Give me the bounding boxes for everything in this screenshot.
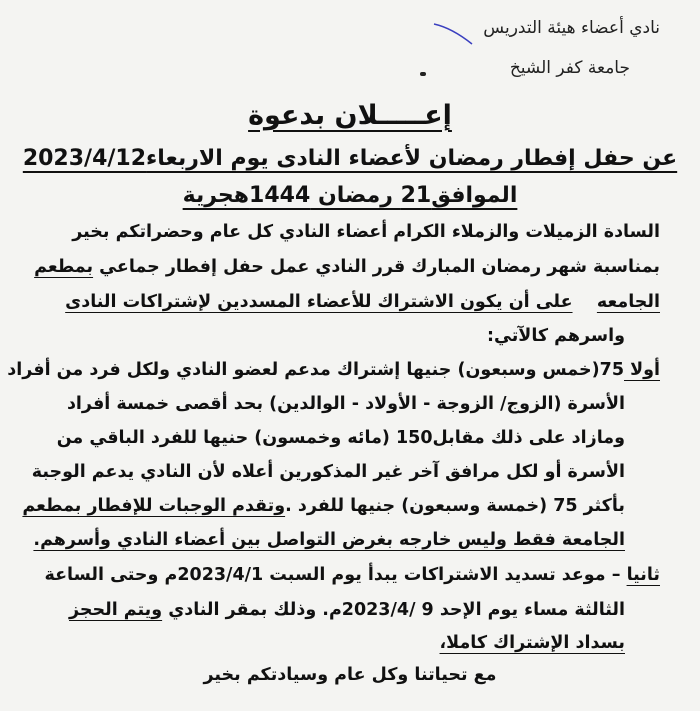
underlined-text: ويتم الحجز bbox=[69, 600, 162, 620]
title-text: إعـــــلان بدعوة bbox=[248, 100, 452, 131]
clause-label: ثانيا bbox=[627, 565, 660, 585]
paragraph-line: بمناسبة شهر رمضان المبارك قرر النادي عمل… bbox=[34, 257, 660, 277]
ink-dot bbox=[420, 72, 426, 76]
second-clause-line: الثالثة مساء يوم الإحد 9 /2023/4م. وذلك … bbox=[69, 600, 625, 620]
university-name: جامعة كفر الشيخ bbox=[510, 58, 630, 78]
club-name: نادي أعضاء هيئة التدريس bbox=[483, 18, 660, 38]
first-clause-line: الجامعة فقط وليس خارجه بغرض التواصل بين … bbox=[33, 530, 625, 550]
greeting-line: السادة الزميلات والزملاء الكرام أعضاء ال… bbox=[72, 222, 660, 242]
first-clause-line: بأكثر 75 (خمسة وسبعون) جنيها للفرد .وتقد… bbox=[22, 496, 625, 516]
text: – موعد تسديد الاشتراكات يبدأ يوم السبت 2… bbox=[44, 565, 626, 585]
second-clause-line: ثانيا – موعد تسديد الاشتراكات يبدأ يوم ا… bbox=[44, 565, 660, 585]
underlined-text: على أن يكون الاشتراك للأعضاء المسددين لإ… bbox=[65, 292, 572, 312]
text: 75(خمس وسبعون) جنيها إشتراك مدعم لعضو ال… bbox=[7, 360, 624, 380]
closing-line: مع تحياتنا وكل عام وسيادتكم بخير bbox=[0, 665, 700, 685]
text: بمناسبة شهر رمضان المبارك قرر النادي عمل… bbox=[93, 257, 660, 277]
announcement-document: نادي أعضاء هيئة التدريس جامعة كفر الشيخ … bbox=[0, 0, 700, 711]
first-clause-line: الأسرة أو لكل مرافق آخر غير المذكورين أع… bbox=[32, 462, 625, 482]
first-clause-line: الأسرة (الزوج/ الزوجة - الأولاد - الوالد… bbox=[67, 394, 625, 414]
first-clause-line: أولا 75(خمس وسبعون) جنيها إشتراك مدعم لع… bbox=[7, 360, 660, 380]
clause-label: أولا bbox=[624, 360, 660, 380]
underlined-text: بمطعم bbox=[34, 257, 93, 277]
paragraph-line: الجامعه على أن يكون الاشتراك للأعضاء الم… bbox=[65, 292, 660, 312]
underlined-text: وتقدم الوجبات للإفطار بمطعم bbox=[22, 496, 285, 516]
text: الثالثة مساء يوم الإحد 9 /2023/4م. وذلك … bbox=[162, 600, 625, 620]
announcement-title: إعـــــلان بدعوة bbox=[0, 100, 700, 131]
text: بأكثر 75 (خمسة وسبعون) جنيها للفرد . bbox=[285, 496, 625, 516]
first-clause-line: ومازاد على ذلك مقابل150 (مائه وخمسون) حن… bbox=[57, 428, 625, 448]
subtitle-hijri-text: الموافق21 رمضان 1444هجرية bbox=[183, 183, 518, 208]
paragraph-line: واسرهم كالآتي: bbox=[487, 326, 625, 346]
event-subtitle: عن حفل إفطار رمضان لأعضاء النادى يوم الا… bbox=[0, 146, 700, 171]
event-hijri-date: الموافق21 رمضان 1444هجرية bbox=[0, 183, 700, 208]
second-clause-line: بسداد الإشتراك كاملا، bbox=[440, 633, 625, 653]
underlined-text: الجامعة فقط وليس خارجه بغرض التواصل بين … bbox=[33, 530, 625, 550]
pen-strike-mark-icon bbox=[432, 22, 480, 46]
underlined-text: الجامعه bbox=[597, 292, 660, 312]
subtitle-gregorian-date: عن حفل إفطار رمضان لأعضاء النادى يوم الا… bbox=[23, 146, 677, 171]
underlined-text: بسداد الإشتراك كاملا، bbox=[440, 633, 625, 653]
